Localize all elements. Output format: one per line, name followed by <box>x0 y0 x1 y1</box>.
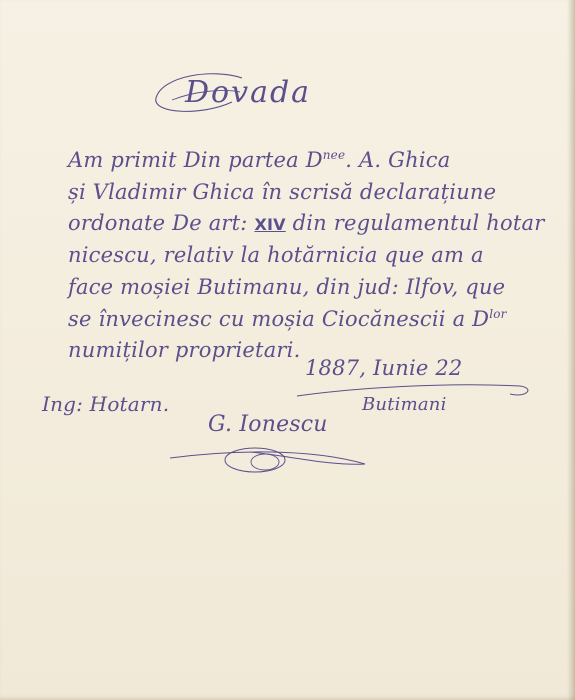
document-title: Dovada <box>185 75 311 110</box>
body-line-6: se învecinesc cu moșia Ciocănescii a Dlo… <box>68 307 507 331</box>
document-page: Dovada Am primit Din partea Dnee. A. Ghi… <box>0 0 575 700</box>
place-name: Butimani <box>362 394 447 415</box>
date-line: 1887, Iunie 22 <box>305 356 462 380</box>
body-line-2: și Vladimir Ghica în scrisă declarațiune <box>68 180 496 204</box>
body-line-4: nicescu, relativ la hotărnicia que am a <box>68 243 484 267</box>
engineer-label: Ing: Hotarn. <box>42 392 169 416</box>
body-line-1: Am primit Din partea Dnee. A. Ghica <box>68 148 450 172</box>
body-line-3: ordonate De art: XIV din regulamentul ho… <box>68 211 544 235</box>
body-line-7: numiților proprietari. <box>68 338 300 362</box>
article-number: XIV <box>254 215 285 234</box>
body-line-5: face moșiei Butimanu, din jud: Ilfov, qu… <box>68 275 505 299</box>
paper-edge <box>567 0 575 700</box>
signature-flourish <box>170 430 370 480</box>
